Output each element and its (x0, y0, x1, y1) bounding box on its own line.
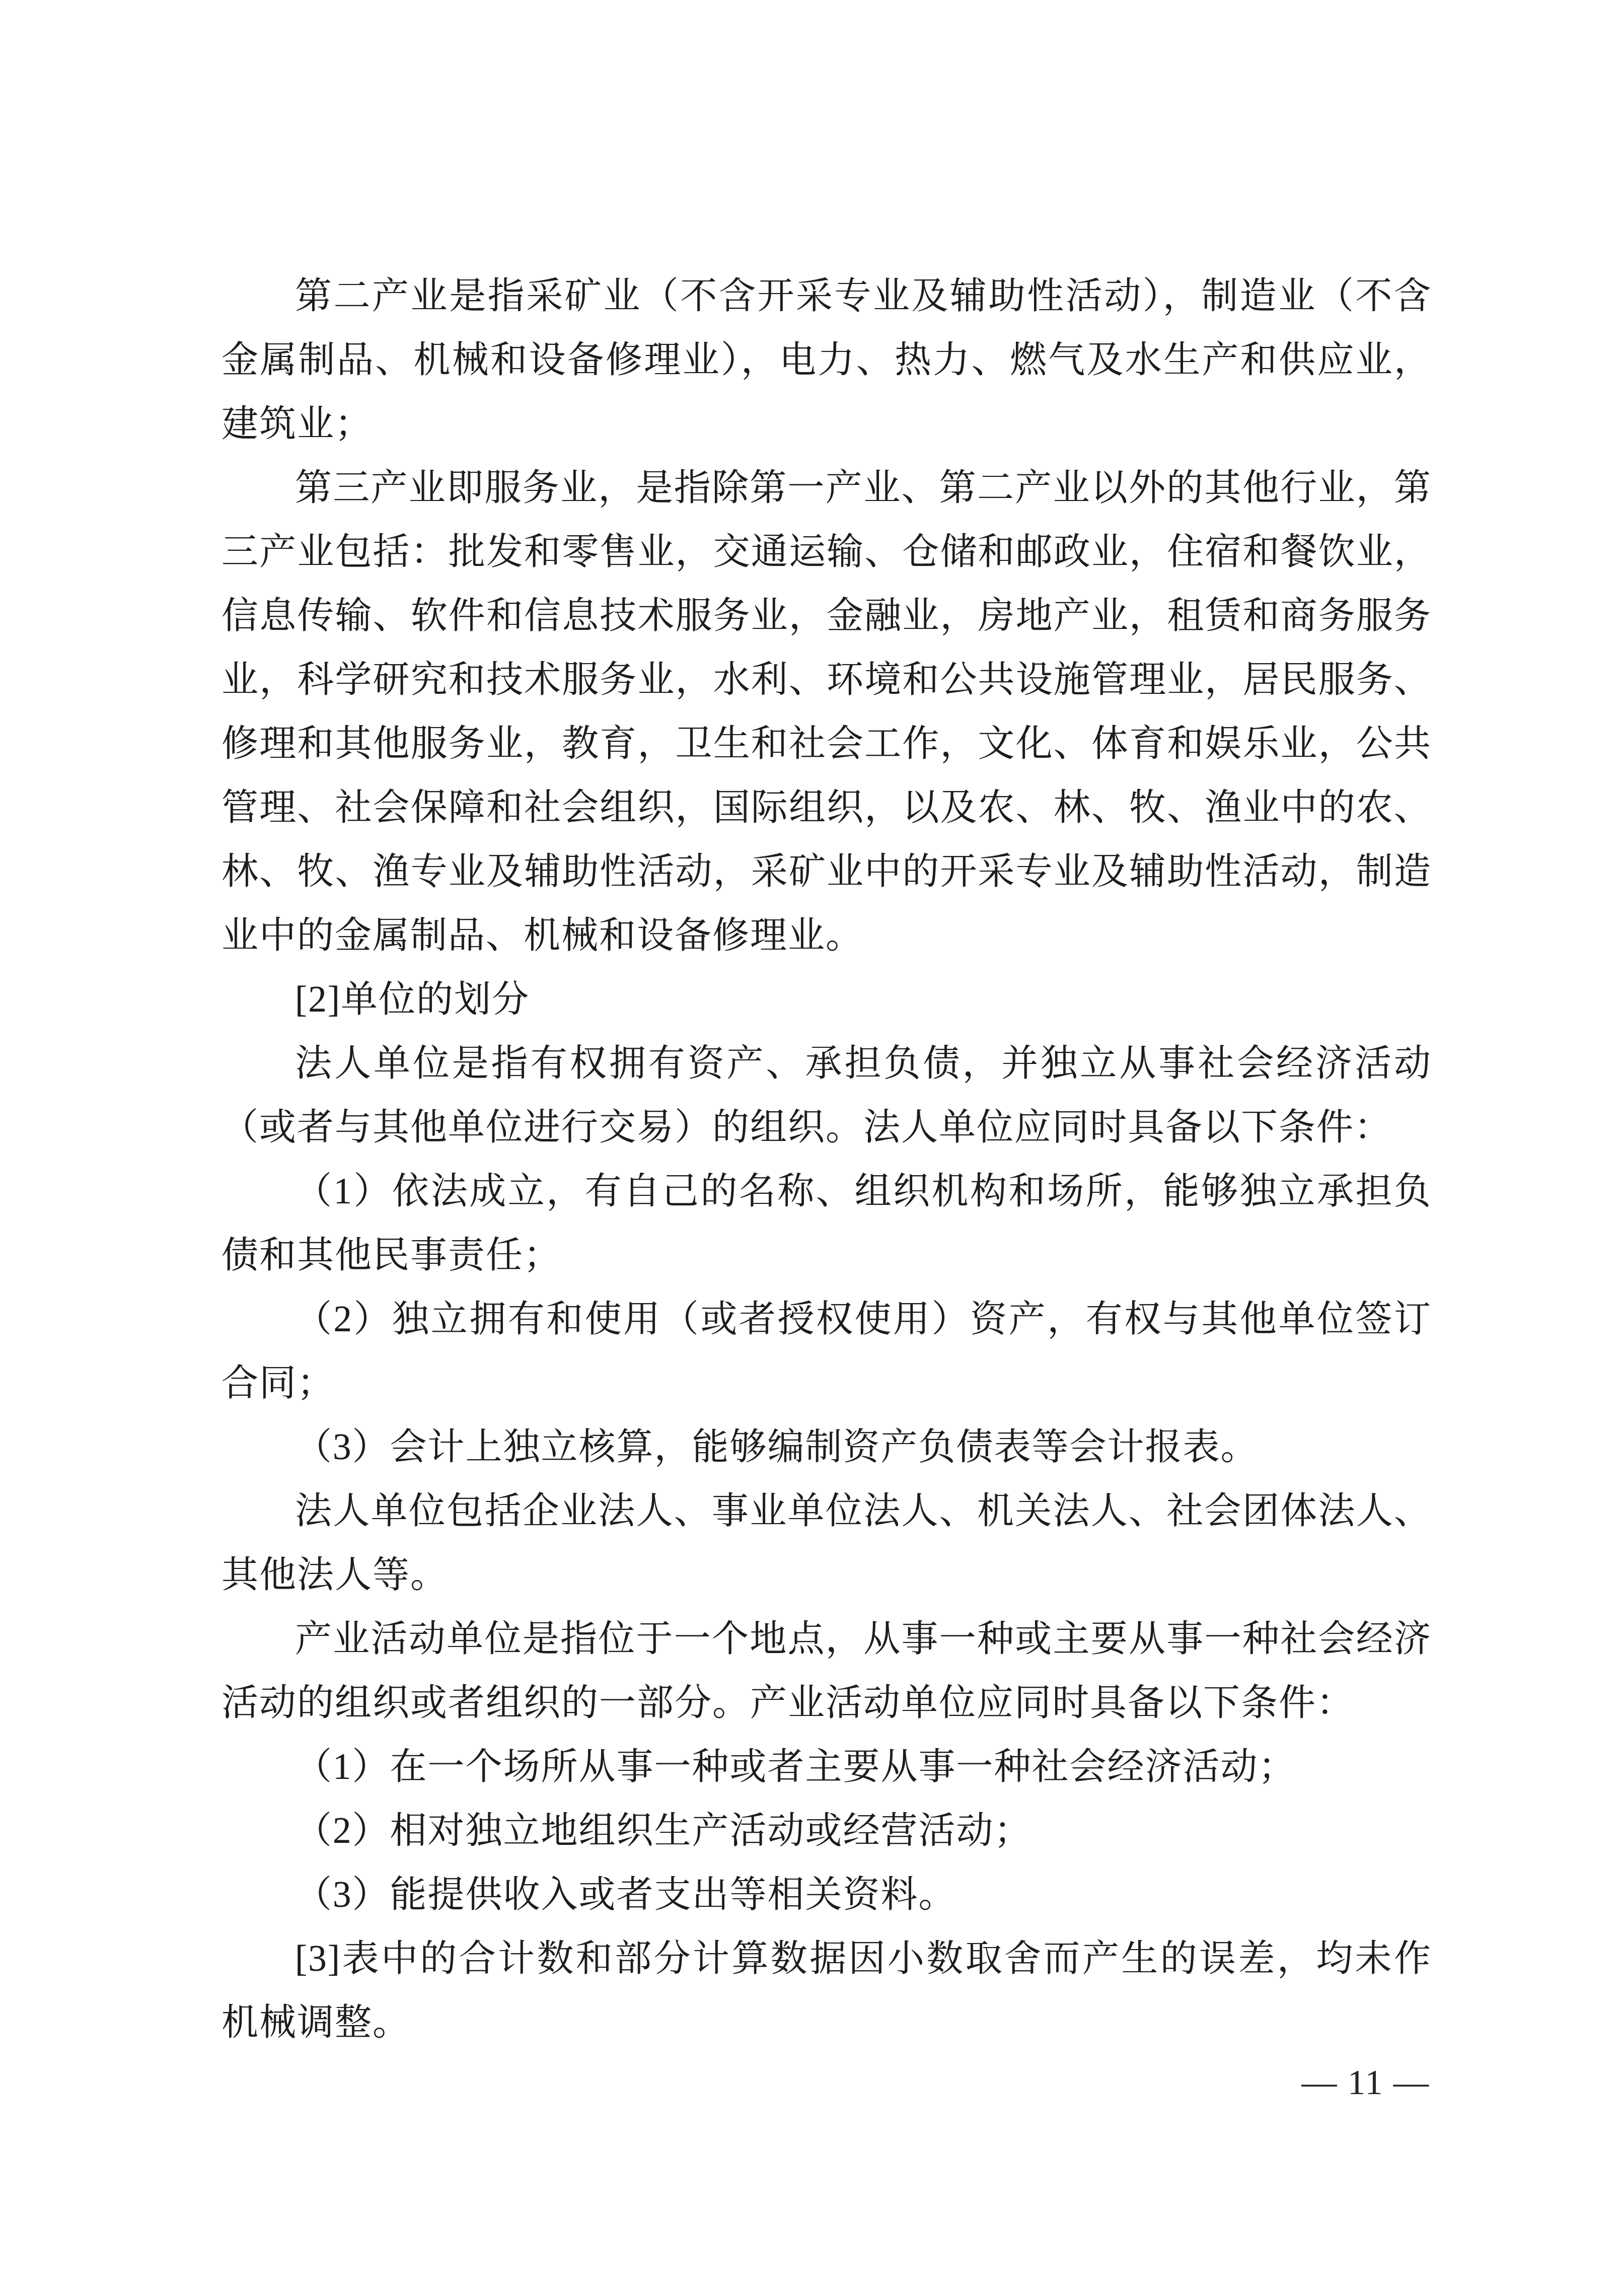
paragraph: 第二产业是指采矿业（不含开采专业及辅助性活动），制造业（不含金属制品、机械和设备… (222, 264, 1432, 456)
paragraph: （1）在一个场所从事一种或者主要从事一种社会经济活动； (222, 1735, 1432, 1799)
document-body: 第二产业是指采矿业（不含开采专业及辅助性活动），制造业（不含金属制品、机械和设备… (222, 264, 1432, 2054)
page-number: — 11 — (1302, 2060, 1430, 2106)
paragraph: （1）依法成立，有自己的名称、组织机构和场所，能够独立承担负债和其他民事责任； (222, 1159, 1432, 1287)
document-page: 第二产业是指采矿业（不含开采专业及辅助性活动），制造业（不含金属制品、机械和设备… (0, 0, 1622, 2296)
paragraph: [3]表中的合计数和部分计算数据因小数取舍而产生的误差，均未作机械调整。 (222, 1926, 1432, 2054)
paragraph: 产业活动单位是指位于一个地点，从事一种或主要从事一种社会经济活动的组织或者组织的… (222, 1607, 1432, 1735)
paragraph: 法人单位包括企业法人、事业单位法人、机关法人、社会团体法人、其他法人等。 (222, 1479, 1432, 1607)
paragraph: （2）独立拥有和使用（或者授权使用）资产，有权与其他单位签订合同； (222, 1287, 1432, 1415)
paragraph: 第三产业即服务业，是指除第一产业、第二产业以外的其他行业，第三产业包括：批发和零… (222, 456, 1432, 967)
paragraph: （3）能提供收入或者支出等相关资料。 (222, 1862, 1432, 1926)
paragraph: [2]单位的划分 (222, 967, 1432, 1031)
paragraph: 法人单位是指有权拥有资产、承担负债，并独立从事社会经济活动（或者与其他单位进行交… (222, 1031, 1432, 1159)
paragraph: （2）相对独立地组织生产活动或经营活动； (222, 1799, 1432, 1862)
paragraph: （3）会计上独立核算，能够编制资产负债表等会计报表。 (222, 1415, 1432, 1479)
